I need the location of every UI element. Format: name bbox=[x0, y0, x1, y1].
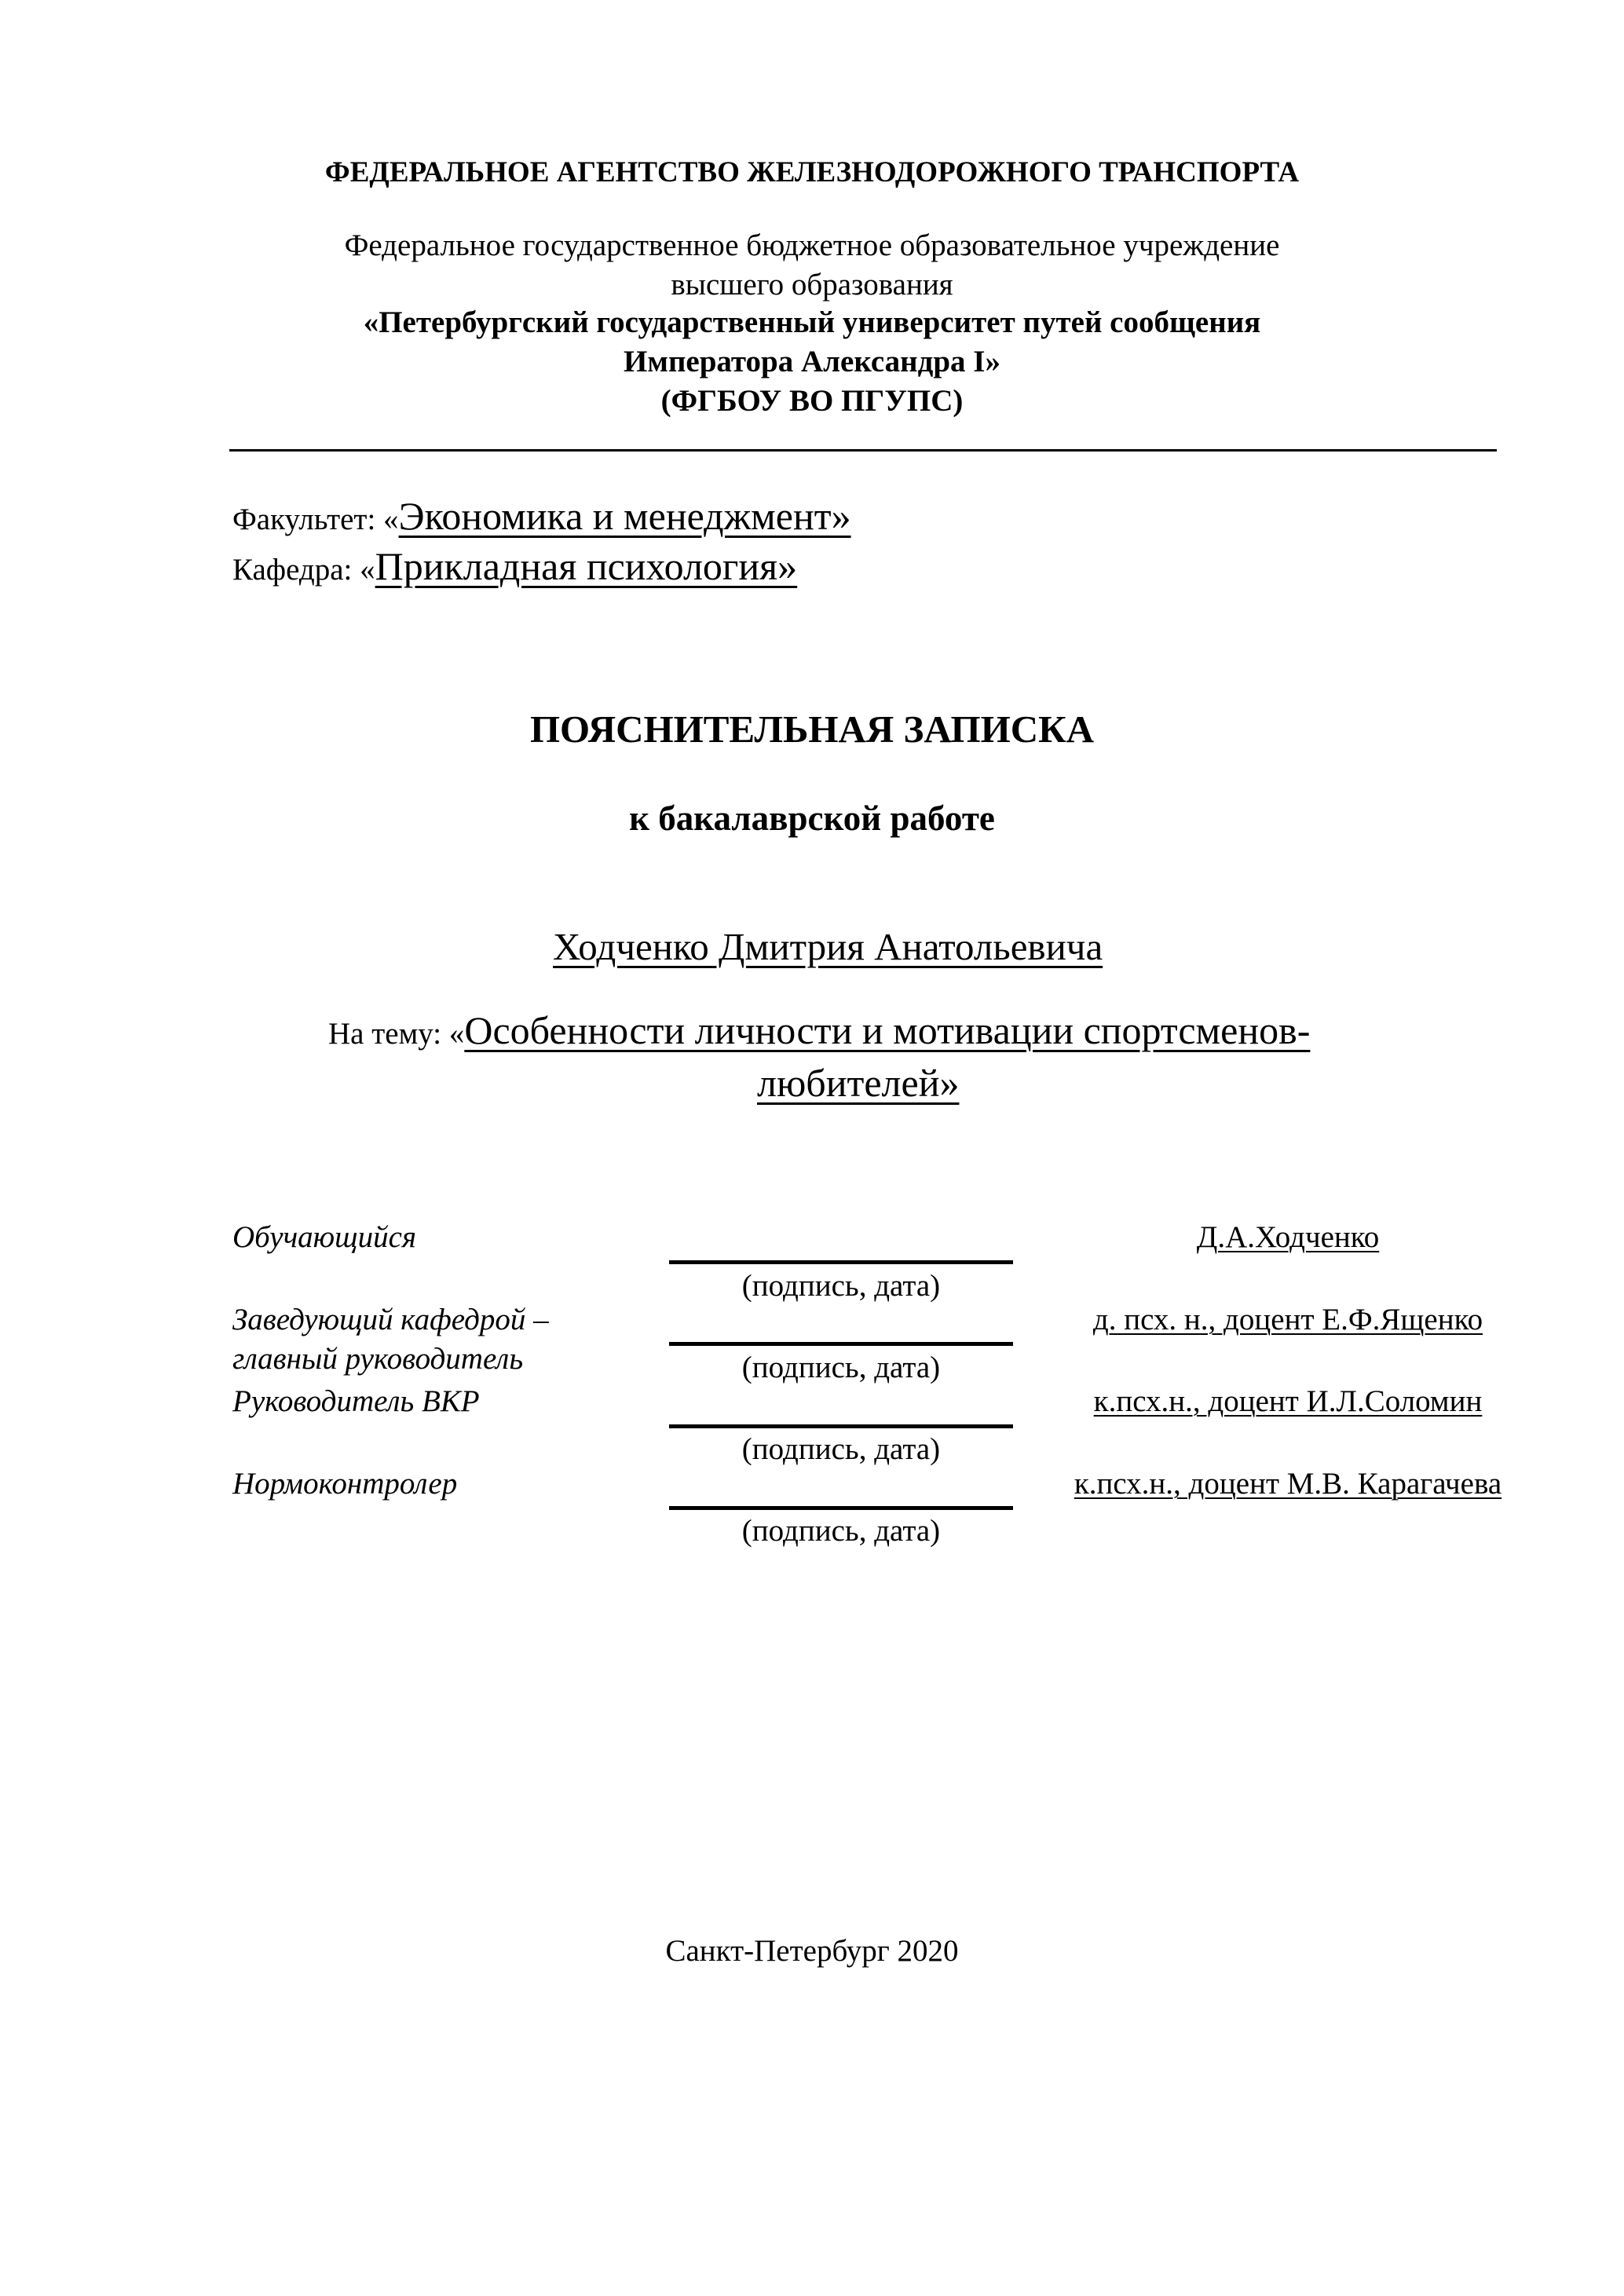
institution-type-line1: Федеральное государственное бюджетное об… bbox=[0, 228, 1624, 263]
agency-heading: ФЕДЕРАЛЬНОЕ АГЕНТСТВО ЖЕЛЕЗНОДОРОЖНОГО Т… bbox=[0, 155, 1624, 189]
author-name: Ходченко Дмитрия Анатольевича bbox=[553, 924, 1103, 969]
city-year: Санкт-Петербург 2020 bbox=[0, 1933, 1624, 1969]
signature-line-student bbox=[669, 1260, 1013, 1264]
topic-field: На тему: «Особенности личности и мотивац… bbox=[328, 1007, 1310, 1053]
person-supervisor: к.псх.н., доцент И.Л.Соломин bbox=[1021, 1384, 1555, 1419]
person-student: Д.А.Ходченко bbox=[1021, 1219, 1555, 1255]
role-head-of-department-line2: главный руководитель bbox=[232, 1341, 523, 1377]
topic-label: На тему: « bbox=[328, 1017, 464, 1051]
topic-line1: Особенности личности и мотивации спортсм… bbox=[464, 1008, 1310, 1052]
department-field: Кафедра: «Прикладная психология» bbox=[232, 543, 797, 589]
faculty-value: Экономика и менеджмент» bbox=[399, 494, 851, 538]
university-abbreviation: (ФГБОУ ВО ПГУПС) bbox=[0, 383, 1624, 419]
topic-line2: любителей» bbox=[757, 1060, 959, 1106]
document-title: ПОЯСНИТЕЛЬНАЯ ЗАПИСКА bbox=[0, 707, 1624, 751]
document-subtitle: к бакалаврской работе bbox=[0, 798, 1624, 839]
signature-caption-head-of-department: (подпись, дата) bbox=[669, 1350, 1013, 1385]
institution-type-line2: высшего образования bbox=[0, 267, 1624, 302]
signature-line-supervisor bbox=[669, 1424, 1013, 1428]
signature-line-head-of-department bbox=[669, 1342, 1013, 1346]
department-label: Кафедра: « bbox=[232, 553, 375, 587]
signature-caption-norm-controller: (подпись, дата) bbox=[669, 1513, 1013, 1548]
role-student: Обучающийся bbox=[232, 1219, 416, 1255]
university-name-line2: Императора Александра I» bbox=[0, 344, 1624, 379]
university-name-line1: «Петербургский государственный университ… bbox=[0, 305, 1624, 340]
department-value: Прикладная психология» bbox=[375, 544, 798, 588]
person-head-of-department: д. псх. н., доцент Е.Ф.Ященко bbox=[1021, 1302, 1555, 1337]
faculty-label: Факультет: « bbox=[232, 503, 399, 536]
header-divider bbox=[229, 449, 1497, 452]
signature-line-norm-controller bbox=[669, 1506, 1013, 1510]
person-norm-controller: к.псх.н., доцент М.В. Карагачева bbox=[1021, 1466, 1555, 1501]
signature-caption-supervisor: (подпись, дата) bbox=[669, 1431, 1013, 1467]
faculty-field: Факультет: «Экономика и менеджмент» bbox=[232, 493, 851, 539]
signature-caption-student: (подпись, дата) bbox=[669, 1268, 1013, 1303]
role-head-of-department: Заведующий кафедрой – bbox=[232, 1302, 549, 1337]
role-norm-controller: Нормоконтролер bbox=[232, 1466, 457, 1501]
role-supervisor: Руководитель ВКР bbox=[232, 1384, 480, 1419]
